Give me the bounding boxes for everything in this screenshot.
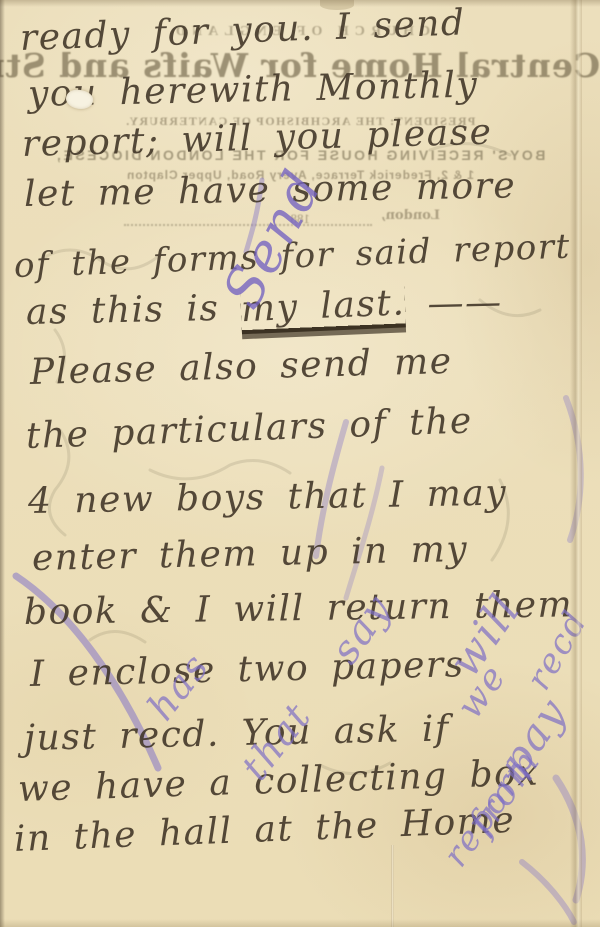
handwriting-line-8: the particulars of the <box>25 400 473 457</box>
handwriting-line-13: just recd. You ask if <box>24 708 451 759</box>
paper-crease <box>391 845 394 927</box>
letter-page: CHURCH OF ENGLAND Central Home for Waifs… <box>0 0 600 927</box>
emphasis-prefix: as this is <box>26 287 242 333</box>
handwriting-line-9: 4 new boys that I may <box>28 473 508 522</box>
paper-edge-left <box>0 0 5 927</box>
handwriting-line-12: I enclose two papers <box>30 644 465 695</box>
paper-fold-edge <box>570 0 582 927</box>
handwriting-line-3: report; will you please <box>21 112 492 165</box>
paper-edge-bottom <box>0 919 600 927</box>
emphasis-dash: —— <box>405 282 503 325</box>
handwriting-line-2: you herewith Monthly <box>28 65 479 115</box>
paper-edge-top <box>0 0 600 7</box>
handwriting-line-10: enter them up in my <box>32 529 469 579</box>
handwriting-line-7: Please also send me <box>29 341 453 393</box>
handwriting-line-1: ready for you. I send <box>19 2 466 59</box>
letterhead-city: London, <box>381 208 440 223</box>
